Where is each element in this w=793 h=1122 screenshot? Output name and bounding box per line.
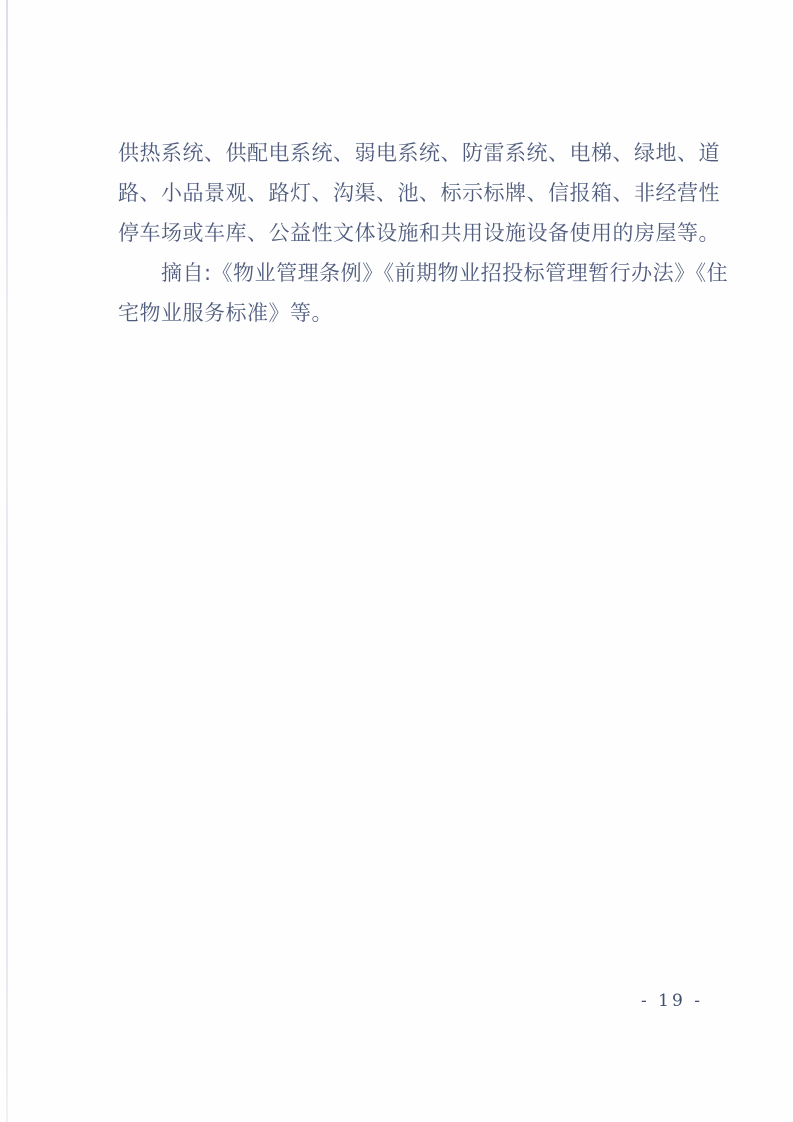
scan-edge-artifact — [6, 0, 8, 1122]
body-text-block: 供热系统、供配电系统、弱电系统、防雷系统、电梯、绿地、道 路、小品景观、路灯、沟… — [118, 133, 706, 333]
text-line: 路、小品景观、路灯、沟渠、池、标示标牌、信报箱、非经营性 — [118, 173, 706, 213]
text-line: 供热系统、供配电系统、弱电系统、防雷系统、电梯、绿地、道 — [118, 133, 706, 173]
text-line: 宅物业服务标准》等。 — [118, 293, 706, 333]
text-line: 停车场或车库、公益性文体设施和共用设施设备使用的房屋等。 — [118, 213, 706, 253]
page-number: - 19 - — [622, 991, 722, 1011]
text-line-paragraph-start: 摘自:《物业管理条例》《前期物业招投标管理暂行办法》《住 — [118, 253, 706, 293]
document-page: 供热系统、供配电系统、弱电系统、防雷系统、电梯、绿地、道 路、小品景观、路灯、沟… — [0, 0, 793, 1122]
